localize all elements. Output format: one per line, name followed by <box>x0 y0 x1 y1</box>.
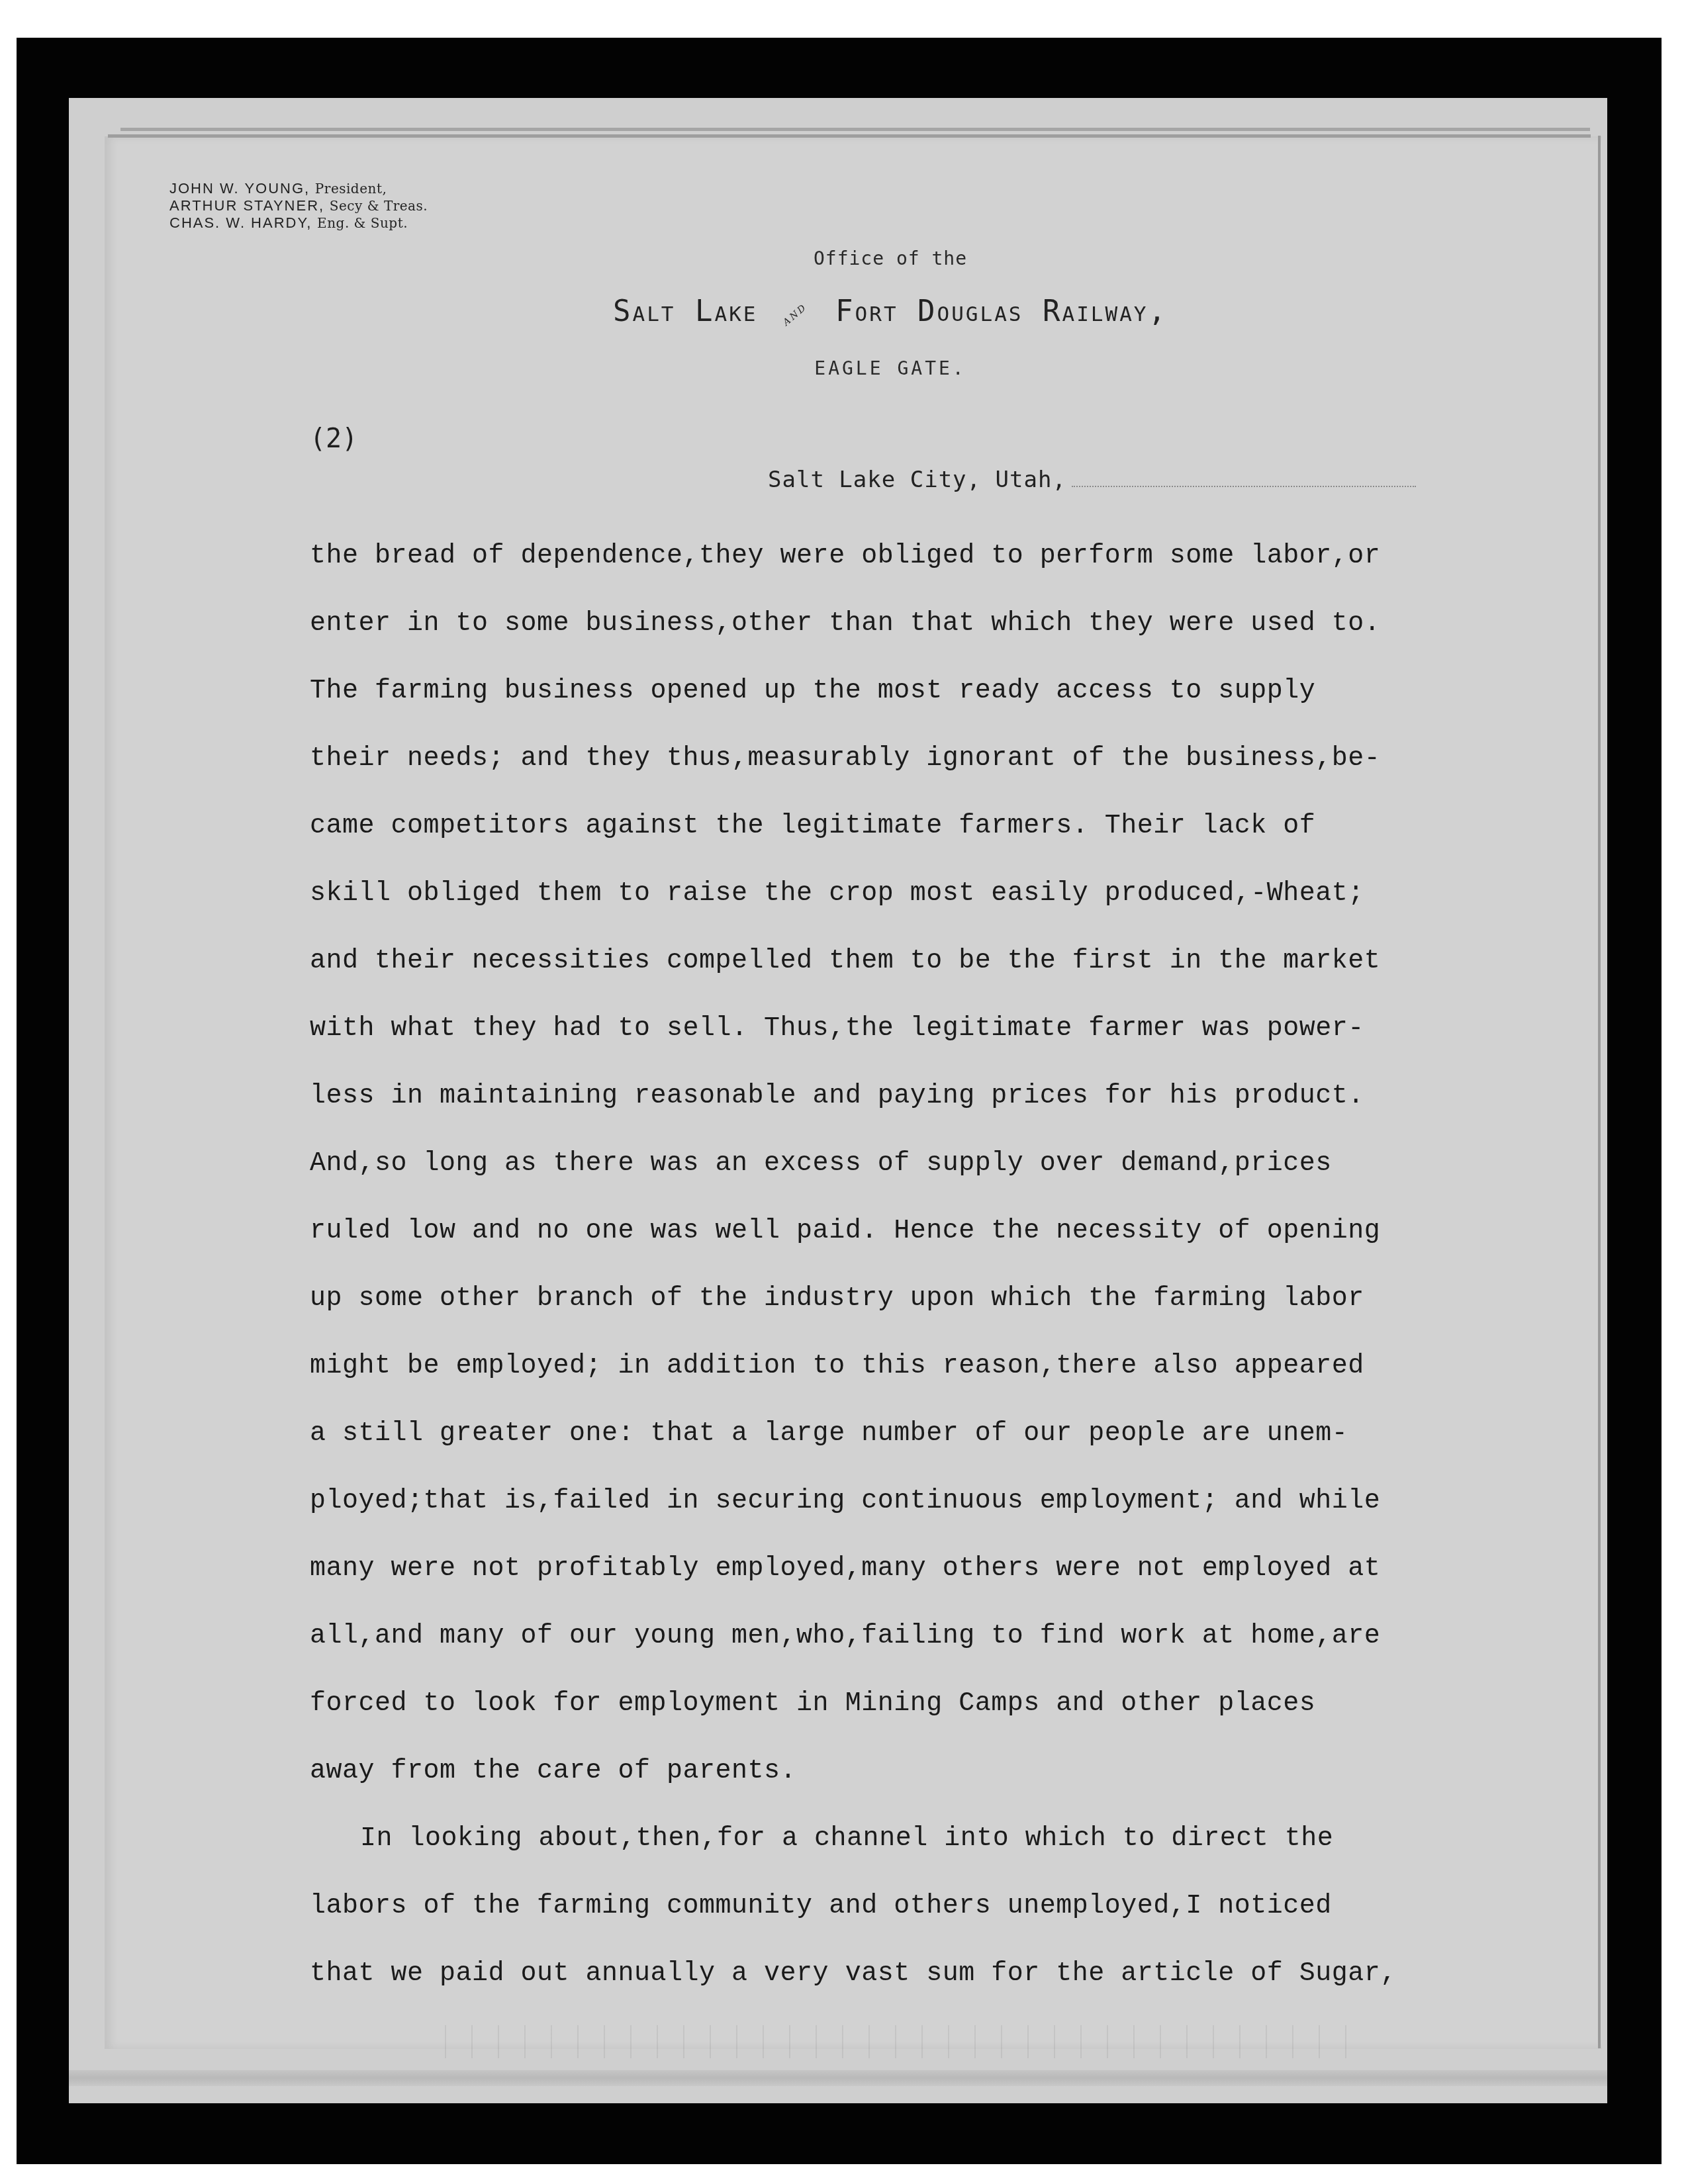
letter-body: the bread of dependence,they were oblige… <box>310 523 1501 2008</box>
officer-title: Eng. & Supt. <box>317 215 408 231</box>
body-line: came competitors against the legitimate … <box>310 793 1501 860</box>
body-line: ployed;that is,failed in securing contin… <box>310 1468 1501 1535</box>
body-line: up some other branch of the industry upo… <box>310 1265 1501 1333</box>
body-line: and their necessities compelled them to … <box>310 928 1501 995</box>
officer-name: JOHN W. YOUNG, <box>169 180 310 197</box>
body-line: all,and many of our young men,who,failin… <box>310 1603 1501 1670</box>
sheet-right-edge <box>1598 136 1601 2048</box>
body-line: ruled low and no one was well paid. Henc… <box>310 1198 1501 1265</box>
body-line: many were not profitably employed,many o… <box>310 1535 1501 1603</box>
company-name-part1: Salt Lake <box>613 295 757 328</box>
body-line-paragraph-start: In looking about,then,for a channel into… <box>310 1805 1501 1873</box>
dateline: Salt Lake City, Utah, <box>768 467 1416 493</box>
letterhead-address: EAGLE GATE. <box>0 357 1688 379</box>
page-number: (2) <box>310 424 357 454</box>
letterhead-company-name: Salt Lake and Fort Douglas Railway, <box>0 295 1688 328</box>
officer-line: CHAS. W. HARDY, Eng. & Supt. <box>169 214 428 232</box>
officer-line: ARTHUR STAYNER, Secy & Treas. <box>169 197 428 214</box>
bottom-shadow-strip <box>69 2070 1607 2086</box>
letterhead-officers: JOHN W. YOUNG, President, ARTHUR STAYNER… <box>169 180 428 232</box>
sheet-edge-rule <box>108 134 1591 138</box>
body-line: a still greater one: that a large number… <box>310 1400 1501 1468</box>
body-line: enter in to some business,other than tha… <box>310 590 1501 658</box>
officer-title: Secy & Treas. <box>330 198 428 214</box>
dateline-city: Salt Lake City, Utah, <box>768 467 1066 493</box>
bleed-through-marks <box>430 2025 1357 2058</box>
officer-name: ARTHUR STAYNER, <box>169 197 324 214</box>
body-line: away from the care of parents. <box>310 1738 1501 1805</box>
body-line: with what they had to sell. Thus,the leg… <box>310 995 1501 1063</box>
dateline-date-blank <box>1072 485 1416 487</box>
body-line: labors of the farming community and othe… <box>310 1873 1501 1940</box>
body-line: the bread of dependence,they were oblige… <box>310 523 1501 590</box>
body-line: skill obliged them to raise the crop mos… <box>310 860 1501 928</box>
company-name-and: and <box>778 298 810 329</box>
body-line: might be employed; in addition to this r… <box>310 1333 1501 1400</box>
body-line: that we paid out annually a very vast su… <box>310 1940 1501 2008</box>
company-name-part2: Fort Douglas Railway, <box>835 295 1168 328</box>
officer-line: JOHN W. YOUNG, President, <box>169 180 428 197</box>
sheet-edge-rule <box>120 128 1590 131</box>
body-line: their needs; and they thus,measurably ig… <box>310 725 1501 793</box>
body-line: forced to look for employment in Mining … <box>310 1670 1501 1738</box>
body-line: The farming business opened up the most … <box>310 658 1501 725</box>
officer-title: President, <box>315 181 387 197</box>
officer-name: CHAS. W. HARDY, <box>169 214 312 231</box>
letterhead-office-of: Office of the <box>0 248 1688 269</box>
body-line: And,so long as there was an excess of su… <box>310 1130 1501 1198</box>
body-line: less in maintaining reasonable and payin… <box>310 1063 1501 1130</box>
